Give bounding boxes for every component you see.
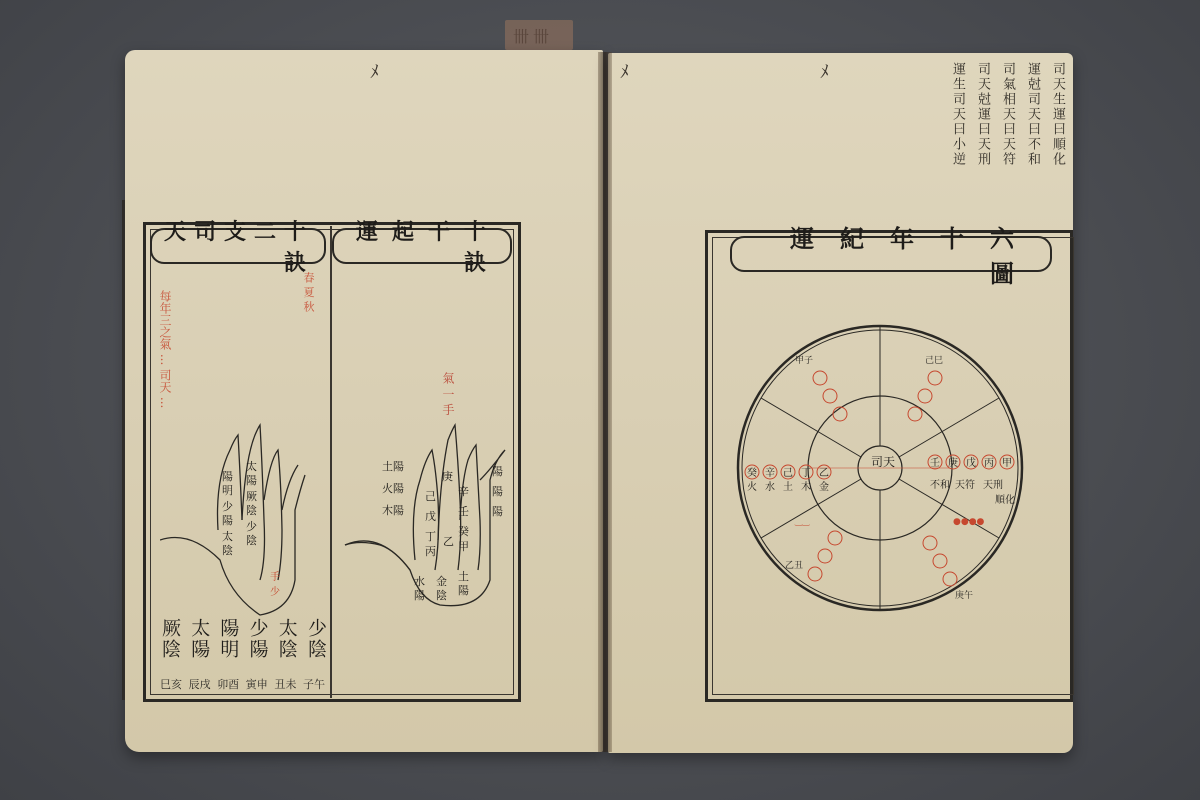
svg-text:陽: 陽 [414, 589, 425, 602]
label-yangming: 陽明 [218, 618, 237, 668]
svg-text:●●●●: ●●●● [953, 517, 985, 527]
red-annotation-top: 春 夏 秋 [300, 272, 316, 312]
svg-text:陽: 陽 [492, 485, 503, 498]
branch-pair: 子午 [303, 676, 325, 692]
svg-text:火: 火 [747, 480, 757, 493]
branch-pair: 丑未 [274, 676, 296, 692]
svg-text:陽: 陽 [492, 505, 503, 518]
svg-text:土: 土 [783, 480, 793, 493]
branch-pair: 寅申 [246, 676, 268, 692]
svg-text:厥: 厥 [246, 490, 257, 503]
svg-text:天刑: 天刑 [983, 478, 1003, 491]
svg-text:丁: 丁 [425, 530, 436, 543]
margin-note: 司天生運曰順化 [1048, 62, 1067, 197]
catalog-tag: 卌卌 [505, 20, 573, 50]
svg-text:庚: 庚 [442, 469, 453, 483]
svg-text:癸: 癸 [747, 466, 757, 479]
svg-text:丁: 丁 [801, 467, 811, 479]
svg-text:水: 水 [414, 574, 425, 588]
branch-row: 子午 丑未 寅申 卯酉 辰戌 巳亥 [160, 676, 325, 692]
svg-text:戊: 戊 [966, 456, 976, 469]
svg-text:少: 少 [222, 499, 233, 513]
svg-text:土: 土 [458, 569, 469, 583]
page-title-sixty-year-chart: 六十年紀運圖 [730, 236, 1052, 272]
book-spine [598, 52, 612, 752]
bottom-label-row: 少陰 太陰 少陽 陽明 太陽 厥陰 [160, 618, 325, 668]
svg-text:不和: 不和 [930, 479, 950, 491]
label-taiyin: 太陰 [277, 618, 296, 668]
svg-text:陽: 陽 [222, 470, 233, 483]
svg-text:木陽: 木陽 [382, 503, 404, 517]
svg-text:木: 木 [801, 480, 811, 493]
svg-text:甲子: 甲子 [795, 355, 813, 366]
svg-text:陽: 陽 [492, 465, 503, 478]
svg-text:司天: 司天 [871, 455, 895, 469]
panel-title-text: 十干起運訣 [344, 215, 500, 277]
paper-tear-mark: ﾒ [370, 58, 379, 84]
svg-text:戊: 戊 [425, 509, 436, 523]
paper-tear-mark: ﾒ [620, 58, 629, 84]
svg-text:甲: 甲 [1002, 457, 1012, 469]
svg-text:土陽: 土陽 [382, 459, 404, 473]
panel-divider [330, 226, 332, 698]
svg-text:太: 太 [246, 459, 257, 473]
hand-diagram-ten-stems: 己 戊 丁 丙 庚 乙 辛 壬 癸 甲 土陽 金陰 水陽 土陽 火陽 木陽 陽陽… [340, 420, 510, 620]
svg-text:火陽: 火陽 [382, 481, 404, 495]
branch-pair: 辰戌 [189, 676, 211, 692]
svg-text:辛: 辛 [458, 485, 469, 498]
panel-title-ten-stems: 十干起運訣 [332, 228, 512, 264]
svg-text:水: 水 [765, 480, 775, 493]
red-margin-annotation: 每年三之氣 ... 司天 ... [157, 290, 174, 408]
branch-pair: 卯酉 [217, 676, 239, 692]
svg-text:乙丑: 乙丑 [785, 560, 803, 571]
catalog-tag-text: 卌卌 [513, 24, 553, 47]
paper-tear-mark: ﾒ [820, 58, 829, 84]
margin-note: 司天尅運曰天刑 [973, 62, 992, 197]
svg-text:己巳: 己巳 [925, 355, 943, 366]
svg-text:庚: 庚 [948, 456, 958, 469]
svg-text:金: 金 [819, 480, 829, 493]
svg-text:少: 少 [246, 519, 257, 533]
label-jueyin: 厥陰 [160, 618, 179, 668]
svg-text:陽: 陽 [458, 584, 469, 597]
svg-text:陰: 陰 [246, 504, 257, 517]
label-shaoyin: 少陰 [306, 618, 325, 668]
svg-text:丙: 丙 [984, 457, 994, 469]
svg-text:陽: 陽 [246, 474, 257, 487]
svg-text:己: 己 [783, 467, 793, 479]
svg-text:陰: 陰 [246, 534, 257, 547]
branch-pair: 巳亥 [160, 676, 182, 692]
handwritten-margin-notes: 司天生運曰順化 運尅司天曰不和 司氣相天曰天符 司天尅運曰天刑 運生司天曰小逆 [948, 62, 1067, 197]
margin-note: 運尅司天曰不和 [1023, 62, 1042, 197]
svg-text:太: 太 [222, 529, 233, 543]
svg-text:甲: 甲 [458, 540, 469, 553]
page-title-text: 六十年紀運圖 [742, 219, 1040, 289]
svg-text:乙: 乙 [443, 535, 454, 548]
sixty-year-wheel-diagram: 司天 癸火 辛水 己土 丁木 乙金 壬庚戊丙甲 不和天符天刑 順化 甲子己巳 乙… [725, 318, 1035, 618]
svg-text:少: 少 [270, 585, 280, 598]
svg-text:順化: 順化 [995, 493, 1015, 506]
svg-text:陰: 陰 [436, 589, 447, 602]
label-shaoyang: 少陽 [248, 618, 267, 668]
svg-text:天符: 天符 [955, 479, 975, 491]
panel-title-twelve-branches: 十二支司天訣 [150, 228, 326, 264]
panel-title-text: 十二支司天訣 [162, 215, 314, 277]
svg-text:辛: 辛 [765, 466, 775, 479]
svg-text:手: 手 [270, 571, 280, 583]
svg-text:壬: 壬 [930, 457, 940, 469]
svg-text:明: 明 [222, 484, 233, 497]
margin-note: 司氣相天曰天符 [998, 62, 1017, 197]
hand-diagram-twelve-branches: 陽明 少陽 太陰 太陽 厥陰 少陰 手少 [160, 420, 330, 620]
margin-note: 運生司天曰小逆 [948, 62, 967, 197]
svg-text:陽: 陽 [222, 514, 233, 527]
svg-text:丙: 丙 [425, 545, 436, 558]
svg-text:‿‿: ‿‿ [794, 517, 810, 527]
label-taiyang: 太陽 [189, 618, 208, 668]
svg-text:癸: 癸 [458, 525, 469, 538]
svg-text:金: 金 [436, 574, 447, 588]
svg-text:己: 己 [425, 490, 436, 503]
svg-text:庚午: 庚午 [955, 589, 973, 601]
svg-text:壬: 壬 [458, 505, 469, 518]
svg-text:陰: 陰 [222, 544, 233, 557]
svg-text:乙: 乙 [819, 467, 829, 479]
red-annotation-hand: 氣 一 手 [440, 372, 457, 416]
